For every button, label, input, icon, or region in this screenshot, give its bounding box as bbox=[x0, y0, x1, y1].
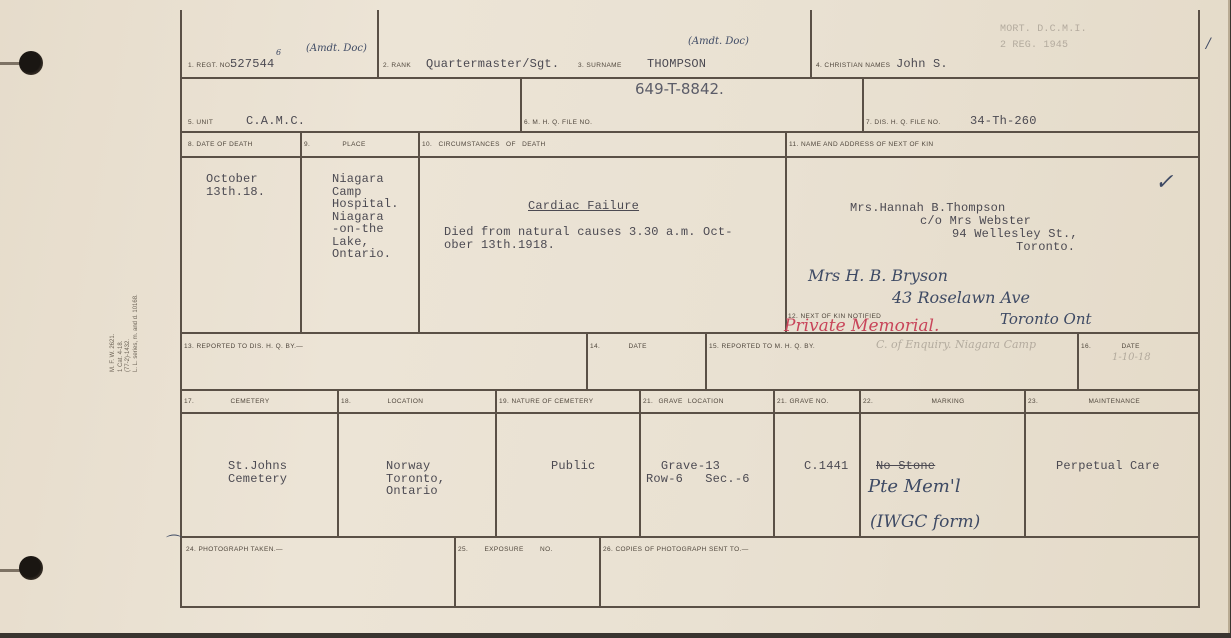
kin-handwritten-line-2: 43 Roselawn Ave bbox=[892, 288, 1030, 307]
exposure-label: 25. Exposure No. bbox=[458, 546, 553, 553]
regt-no-label: 1. Regt. No. bbox=[188, 62, 233, 69]
marking-header: 22. Marking bbox=[863, 398, 965, 405]
marking-struck-value: No Stone bbox=[876, 460, 935, 473]
dis-hq-file-label: 7. Dis. H. Q. File No. bbox=[866, 119, 941, 126]
grave-no-value: C.1441 bbox=[804, 460, 848, 473]
christian-names-value: John S. bbox=[896, 58, 948, 71]
nature-value: Public bbox=[551, 460, 595, 473]
christian-names-label: 4. Christian Names bbox=[816, 62, 890, 69]
surname-annotation: (Amdt. Doc) bbox=[688, 36, 749, 47]
location-value: Norway Toronto, Ontario bbox=[386, 460, 445, 498]
maintenance-value: Perpetual Care bbox=[1056, 460, 1160, 473]
mhq-file-value: 649-T-8842. bbox=[635, 80, 724, 98]
circumstances-label: 10. Circumstances of Death bbox=[422, 141, 546, 148]
reported-dis-hq-label: 13. Reported to Dis. H. Q. By.— bbox=[184, 343, 303, 350]
dis-hq-file-value: 34-Th-260 bbox=[970, 115, 1037, 128]
reported-mhq-value: C. of Enquiry. Niagara Camp bbox=[876, 338, 1036, 351]
next-of-kin-label: 11. Name and Address of Next of Kin bbox=[789, 141, 934, 148]
place-label: 9. Place bbox=[304, 141, 366, 148]
copies-sent-label: 26. Copies of Photograph Sent To.— bbox=[603, 546, 749, 553]
punch-hole-bottom bbox=[19, 556, 43, 580]
date-14-label: 14. Date bbox=[590, 343, 647, 350]
kin-typed-line-1: Mrs.Hannah B.Thompson bbox=[850, 202, 1005, 215]
photo-taken-label: 24. Photograph Taken.— bbox=[186, 546, 283, 553]
maintenance-header: 23. Maintenance bbox=[1028, 398, 1140, 405]
date-16-label: 16. Date bbox=[1081, 343, 1140, 350]
side-print-note: M. F. W. 2621. 1 Cat. 4-18. (77-2)-1432.… bbox=[110, 294, 140, 372]
private-memorial-note: Private Memorial. bbox=[784, 316, 939, 336]
cemetery-header: 17. Cemetery bbox=[184, 398, 270, 405]
cemetery-value: St.Johns Cemetery bbox=[228, 460, 287, 485]
bracket-mark: ⌒ bbox=[166, 530, 182, 553]
nature-header: 19. Nature of Cemetery bbox=[499, 398, 594, 405]
form-grid: 1. Regt. No. 527544 (Amdt. Doc) 6 2. Ran… bbox=[180, 10, 1198, 608]
regt-no-correction: 6 bbox=[276, 48, 281, 57]
marking-handwritten-line-1: Pte Mem'l bbox=[868, 476, 961, 497]
grave-location-value: Grave-13 Row-6 Sec.-6 bbox=[646, 460, 750, 485]
rank-label: 2. Rank bbox=[383, 62, 411, 69]
surname-value: THOMPSON bbox=[647, 58, 706, 71]
cause-of-death: Cardiac Failure bbox=[528, 200, 639, 213]
unit-value: C.A.M.C. bbox=[246, 115, 305, 128]
kin-typed-line-2: c/o Mrs Webster bbox=[920, 215, 1031, 228]
location-header: 18. Location bbox=[341, 398, 423, 405]
punch-hole-top bbox=[19, 51, 43, 75]
tick-mark: / bbox=[1206, 36, 1211, 52]
surname-label: 3. Surname bbox=[578, 62, 622, 69]
date-of-death-value: October 13th.18. bbox=[206, 173, 265, 198]
kin-typed-line-3: 94 Wellesley St., bbox=[952, 228, 1078, 241]
stamp-line-2: 2 REG. 1945 bbox=[1000, 40, 1068, 53]
grave-location-header: 21. Grave Location bbox=[643, 398, 724, 405]
kin-handwritten-line-3: Toronto Ont bbox=[1000, 310, 1092, 328]
kin-handwritten-line-1: Mrs H. B. Bryson bbox=[808, 266, 948, 285]
place-value: Niagara Camp Hospital. Niagara -on-the L… bbox=[332, 173, 399, 261]
kin-typed-line-4: Toronto. bbox=[1016, 241, 1075, 254]
circumstances-value: Died from natural causes 3.30 a.m. Oct- … bbox=[444, 226, 733, 251]
check-mark-icon: ✓ bbox=[1155, 170, 1173, 195]
regt-no-value: 527544 bbox=[230, 58, 274, 71]
regt-no-annotation: (Amdt. Doc) bbox=[306, 43, 367, 54]
marking-handwritten-line-2: (IWGC form) bbox=[870, 512, 980, 532]
grave-no-header: 21. Grave No. bbox=[777, 398, 829, 405]
circumstances-of-death-card: M. F. W. 2621. 1 Cat. 4-18. (77-2)-1432.… bbox=[0, 0, 1230, 633]
mhq-file-label: 6. M. H. Q. File No. bbox=[524, 119, 592, 126]
stamp-line-1: MORT. D.C.M.I. bbox=[1000, 24, 1087, 37]
rank-value: Quartermaster/Sgt. bbox=[426, 58, 559, 71]
unit-label: 5. Unit bbox=[188, 119, 213, 126]
date-of-death-label: 8. Date of Death bbox=[188, 141, 253, 148]
reported-mhq-label: 15. Reported to M. H. Q. By. bbox=[709, 343, 815, 350]
date-16-value: 1-10-18 bbox=[1112, 352, 1151, 363]
